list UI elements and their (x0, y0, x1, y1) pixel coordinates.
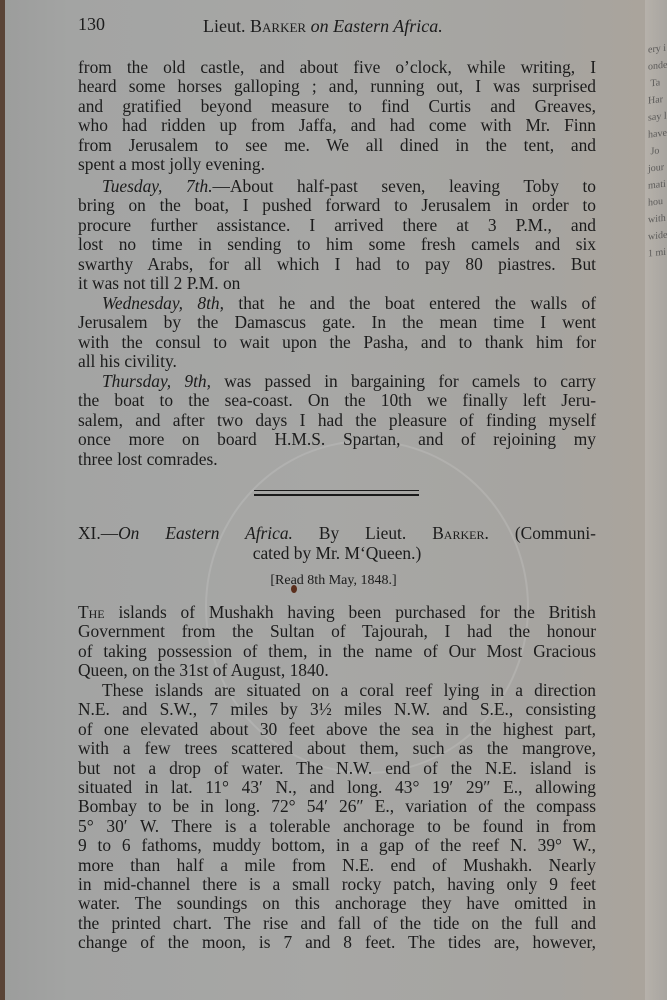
text-line: procure further assistance. I arrived th… (78, 216, 596, 235)
text-line: Government from the Sultan of Tajourah, … (78, 622, 596, 641)
text-line: Queen, on the 31st of August, 1840. (78, 661, 596, 680)
adjacent-page-edge: ery i onde Ta Har say l have Jo jour mat… (645, 0, 667, 1000)
article-author: Barker. (432, 523, 489, 543)
date-lead: Thursday, 9th, (102, 371, 211, 391)
paragraph-tuesday: Tuesday, 7th.—About half-past seven, lea… (78, 177, 596, 293)
text-line: all his civility. (78, 352, 596, 371)
text-line: with a few trees scattered about them, s… (78, 739, 596, 758)
running-head-author: Barker (250, 16, 306, 36)
paragraph-mushakh-purchase: The islands of Mushakh having been purch… (78, 603, 596, 681)
paragraph-wednesday: Wednesday, 8th, that he and the boat ent… (78, 294, 596, 372)
text-line: water. The soundings on this anchorage t… (78, 894, 596, 913)
text-line: and gratified beyond measure to find Cur… (78, 97, 596, 116)
page-number: 130 (78, 14, 105, 35)
text-line: Jerusalem by the Damascus gate. In the m… (78, 313, 596, 332)
text-line: change of the moon, is 7 and 8 feet. The… (78, 933, 596, 952)
text-line: of one elevated about 30 feet above the … (78, 720, 596, 739)
text-line: who had ridden up from Jaffa, and had co… (78, 116, 596, 135)
text-line: Wednesday, 8th, that he and the boat ent… (78, 294, 596, 313)
paragraph-thursday: Thursday, 9th, was passed in bargaining … (78, 372, 596, 469)
text-line: in mid-channel there is a small rocky pa… (78, 875, 596, 894)
paragraph-islands-description: These islands are situated on a coral re… (78, 681, 596, 953)
adjacent-page-text: ery i onde Ta Har say l have Jo jour mat… (648, 38, 667, 262)
drop-lead: The (78, 602, 105, 622)
text-line: but not a drop of water. The N.W. end of… (78, 759, 596, 778)
article-heading-line-2: cated by Mr. M‘Queen.) (78, 543, 596, 563)
text-line: spent a most jolly evening. (78, 155, 596, 174)
text-line: it was not till 2 P.M. on (78, 274, 596, 293)
running-head: Lieut. Barker on Eastern Africa. (203, 16, 443, 37)
text-line: Tuesday, 7th.—About half-past seven, lea… (78, 177, 596, 196)
page-header: 130 Lieut. Barker on Eastern Africa. (78, 14, 596, 38)
read-date: [Read 8th May, 1848.] (0, 573, 667, 589)
text-line: N.E. and S.W., 7 miles by 3½ miles N.W. … (78, 700, 596, 719)
text-line: more than half a mile from N.E. end of M… (78, 856, 596, 875)
date-lead: Tuesday, 7th. (102, 176, 213, 196)
text-line: swarthy Arabs, for all which I had to pa… (78, 255, 596, 274)
text-line: salem, and after two days I had the plea… (78, 411, 596, 430)
ink-stain (291, 585, 297, 593)
text-line: situated in lat. 11° 43′ N., and long. 4… (78, 778, 596, 797)
text-line: Bombay to be in long. 72° 54′ 26″ E., va… (78, 797, 596, 816)
text-line: The islands of Mushakh having been purch… (78, 603, 596, 622)
text-line: These islands are situated on a coral re… (78, 681, 596, 700)
text-line: the boat to the sea-coast. On the 10th w… (78, 391, 596, 410)
text-line: bring on the boat, I pushed forward to J… (78, 196, 596, 215)
text-line: with the consul to wait upon the Pasha, … (78, 333, 596, 352)
text-line: of taking possession of them, in the nam… (78, 642, 596, 661)
text-line: Thursday, 9th, was passed in bargaining … (78, 372, 596, 391)
article-heading-line-1: XI.—On Eastern Africa. By Lieut. Barker.… (78, 523, 596, 543)
text-line: the printed chart. The rise and fall of … (78, 914, 596, 933)
text-line: heard some horses galloping ; and, runni… (78, 77, 596, 96)
paragraph-continuation: from the old castle, and about five o’cl… (78, 58, 596, 174)
text-line: lost no time in sending to him some fres… (78, 235, 596, 254)
text-line: from Jerusalem to see me. We all dined i… (78, 136, 596, 155)
text-line: once more on board H.M.S. Spartan, and o… (78, 430, 596, 449)
text-line: three lost comrades. (78, 450, 596, 469)
section-divider-rule (254, 490, 419, 496)
article-heading: XI.—On Eastern Africa. By Lieut. Barker.… (78, 523, 596, 563)
date-lead: Wednesday, 8th, (102, 293, 224, 313)
text-line: from the old castle, and about five o’cl… (78, 58, 596, 77)
article-number: XI.— (78, 523, 118, 543)
article-title: On Eastern Africa. (118, 523, 293, 543)
text-line: 5° 30′ W. There is a tolerable anchorage… (78, 817, 596, 836)
text-line: 9 to 6 fathoms, muddy bottom, in a gap o… (78, 836, 596, 855)
